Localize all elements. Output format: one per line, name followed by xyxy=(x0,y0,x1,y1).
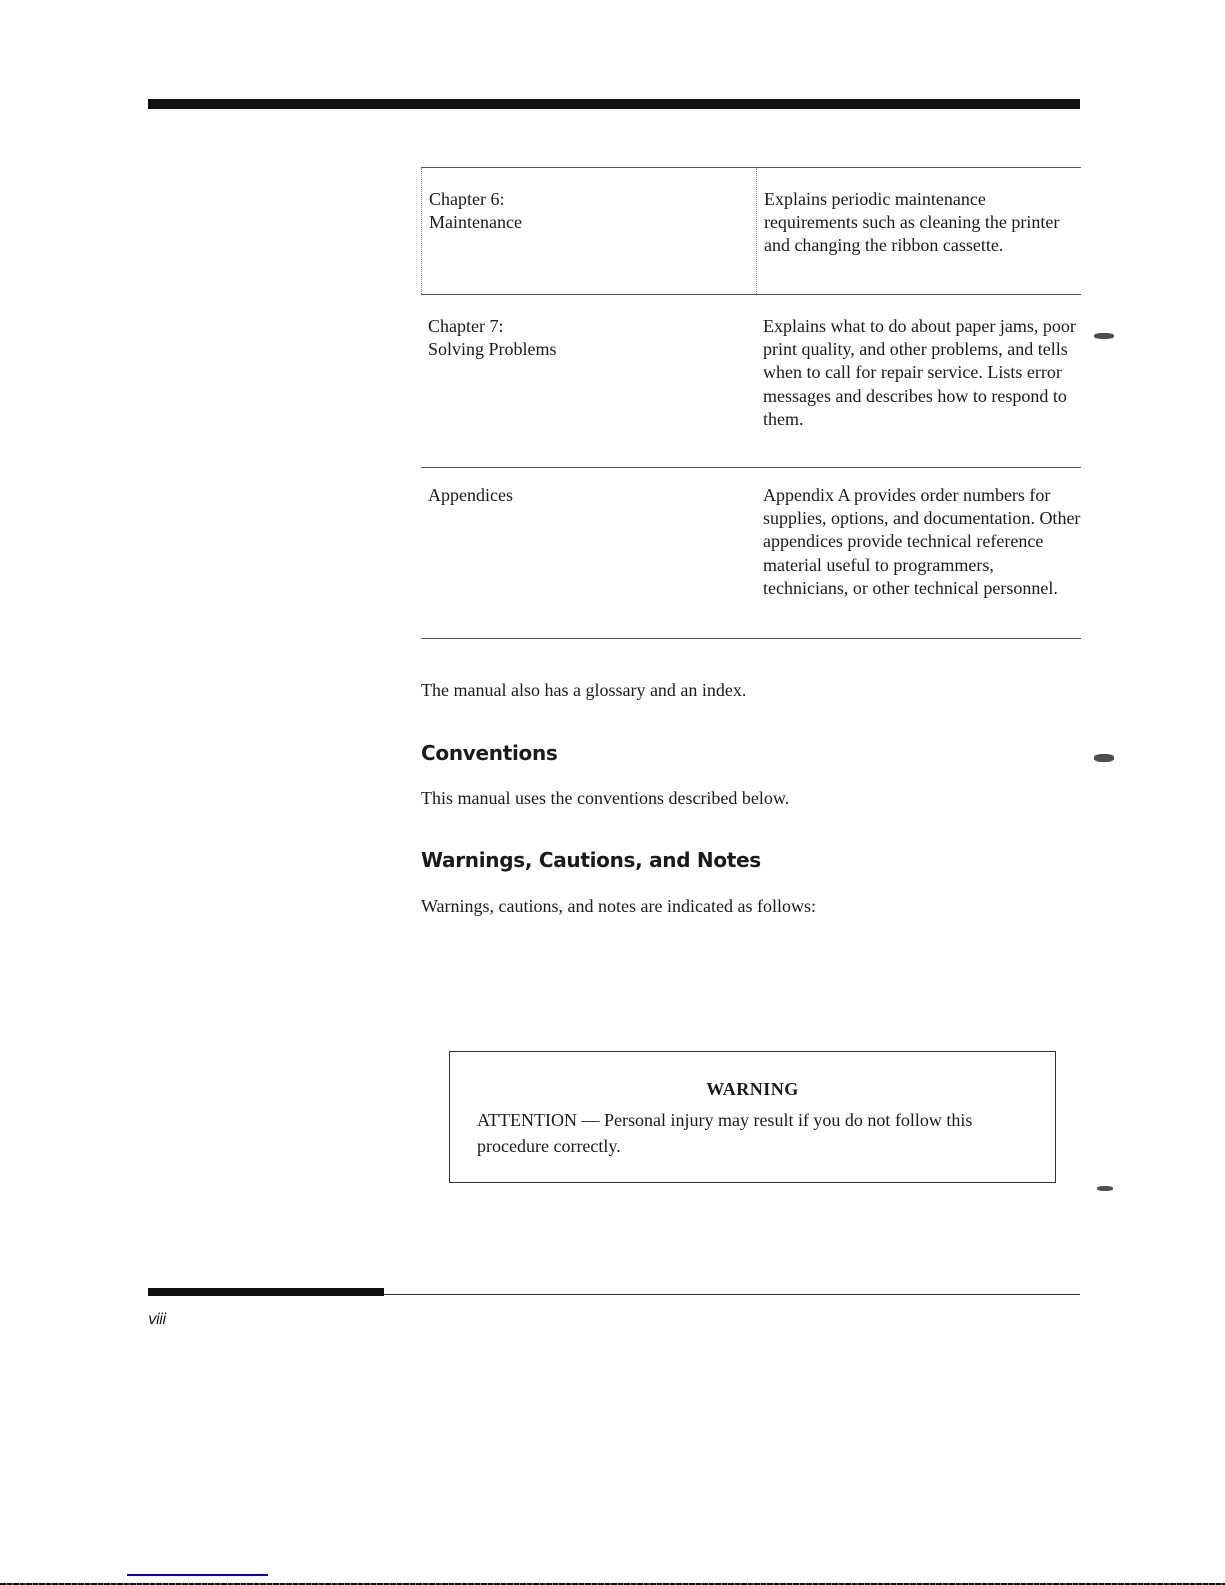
conventions-heading: Conventions xyxy=(421,741,558,765)
page-number: viii xyxy=(148,1310,165,1328)
table-row: Appendices Appendix A provides order num… xyxy=(421,467,1081,639)
scan-artifact xyxy=(1094,333,1114,339)
footer-rule-thin xyxy=(384,1294,1080,1295)
warnings-heading: Warnings, Cautions, and Notes xyxy=(421,848,761,872)
row-title-line2: Solving Problems xyxy=(428,338,756,361)
warning-text: ATTENTION — Personal injury may result i… xyxy=(477,1107,1047,1159)
header-rule xyxy=(148,99,1080,109)
warnings-intro: Warnings, cautions, and notes are indica… xyxy=(421,896,816,917)
row-title: Chapter 6: Maintenance xyxy=(421,168,756,294)
warning-box: WARNING ATTENTION — Personal injury may … xyxy=(449,1051,1056,1183)
warning-title: WARNING xyxy=(450,1079,1055,1100)
conventions-intro: This manual uses the conventions describ… xyxy=(421,788,789,809)
scan-artifact xyxy=(1094,754,1114,762)
row-title: Chapter 7: Solving Problems xyxy=(421,295,756,467)
table-row: Chapter 7: Solving Problems Explains wha… xyxy=(421,294,1081,467)
footer-rule-thick xyxy=(148,1288,384,1296)
row-title: Appendices xyxy=(421,468,756,638)
row-description: Appendix A provides order numbers for su… xyxy=(756,468,1081,638)
chapter-table: Chapter 6: Maintenance Explains periodic… xyxy=(421,167,1081,639)
row-title-line1: Chapter 6: xyxy=(429,188,756,211)
table-row: Chapter 6: Maintenance Explains periodic… xyxy=(421,167,1081,294)
row-title-line1: Chapter 7: xyxy=(428,315,756,338)
row-title-line1: Appendices xyxy=(428,484,756,507)
row-description: Explains periodic maintenance requiremen… xyxy=(756,168,1081,294)
link-underline[interactable] xyxy=(127,1574,268,1576)
row-description: Explains what to do about paper jams, po… xyxy=(756,295,1081,467)
scan-artifact xyxy=(1097,1186,1113,1191)
glossary-note: The manual also has a glossary and an in… xyxy=(421,680,746,701)
row-title-line2: Maintenance xyxy=(429,211,756,234)
